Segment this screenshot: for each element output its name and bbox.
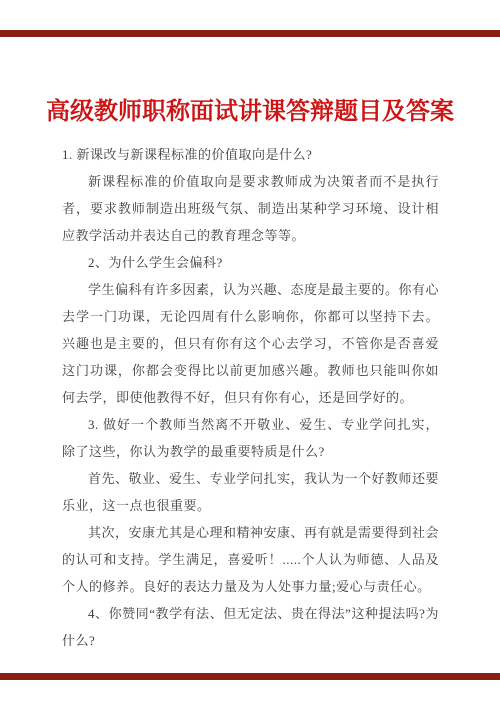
paragraph: 4、你赞同“教学有法、但无定法、贵在得法”这种提法吗?为什么? [62, 600, 439, 654]
top-rule [0, 30, 500, 37]
paragraph: 3. 做好一个教师当然离不开敬业、爱生、专业学问扎实，除了这些，你认为教学的最重… [62, 411, 439, 465]
paragraph: 新课程标准的价值取向是要求教师成为决策者而不是执行者，要求教师制造出班级气氛、制… [62, 168, 439, 249]
document-title: 高级教师职称面试讲课答辩题目及答案 [0, 97, 500, 127]
bottom-rule [0, 673, 500, 680]
paragraph: 学生偏科有许多因素，认为兴趣、态度是最主要的。你有心去学一门功课，无论四周有什么… [62, 276, 439, 411]
document-page: 高级教师职称面试讲课答辩题目及答案 1. 新课改与新课程标准的价值取向是什么?新… [0, 0, 500, 707]
paragraph: 首先、敬业、爱生、专业学问扎实，我认为一个好教师还要乐业，这一点也很重要。 [62, 465, 439, 519]
document-body: 1. 新课改与新课程标准的价值取向是什么?新课程标准的价值取向是要求教师成为决策… [62, 141, 439, 654]
paragraph: 其次，安康尤其是心理和精神安康、再有就是需要得到社会的认可和支持。学生满足，喜爱… [62, 519, 439, 600]
paragraph: 2、为什么学生会偏科? [62, 249, 439, 276]
paragraph: 1. 新课改与新课程标准的价值取向是什么? [62, 141, 439, 168]
